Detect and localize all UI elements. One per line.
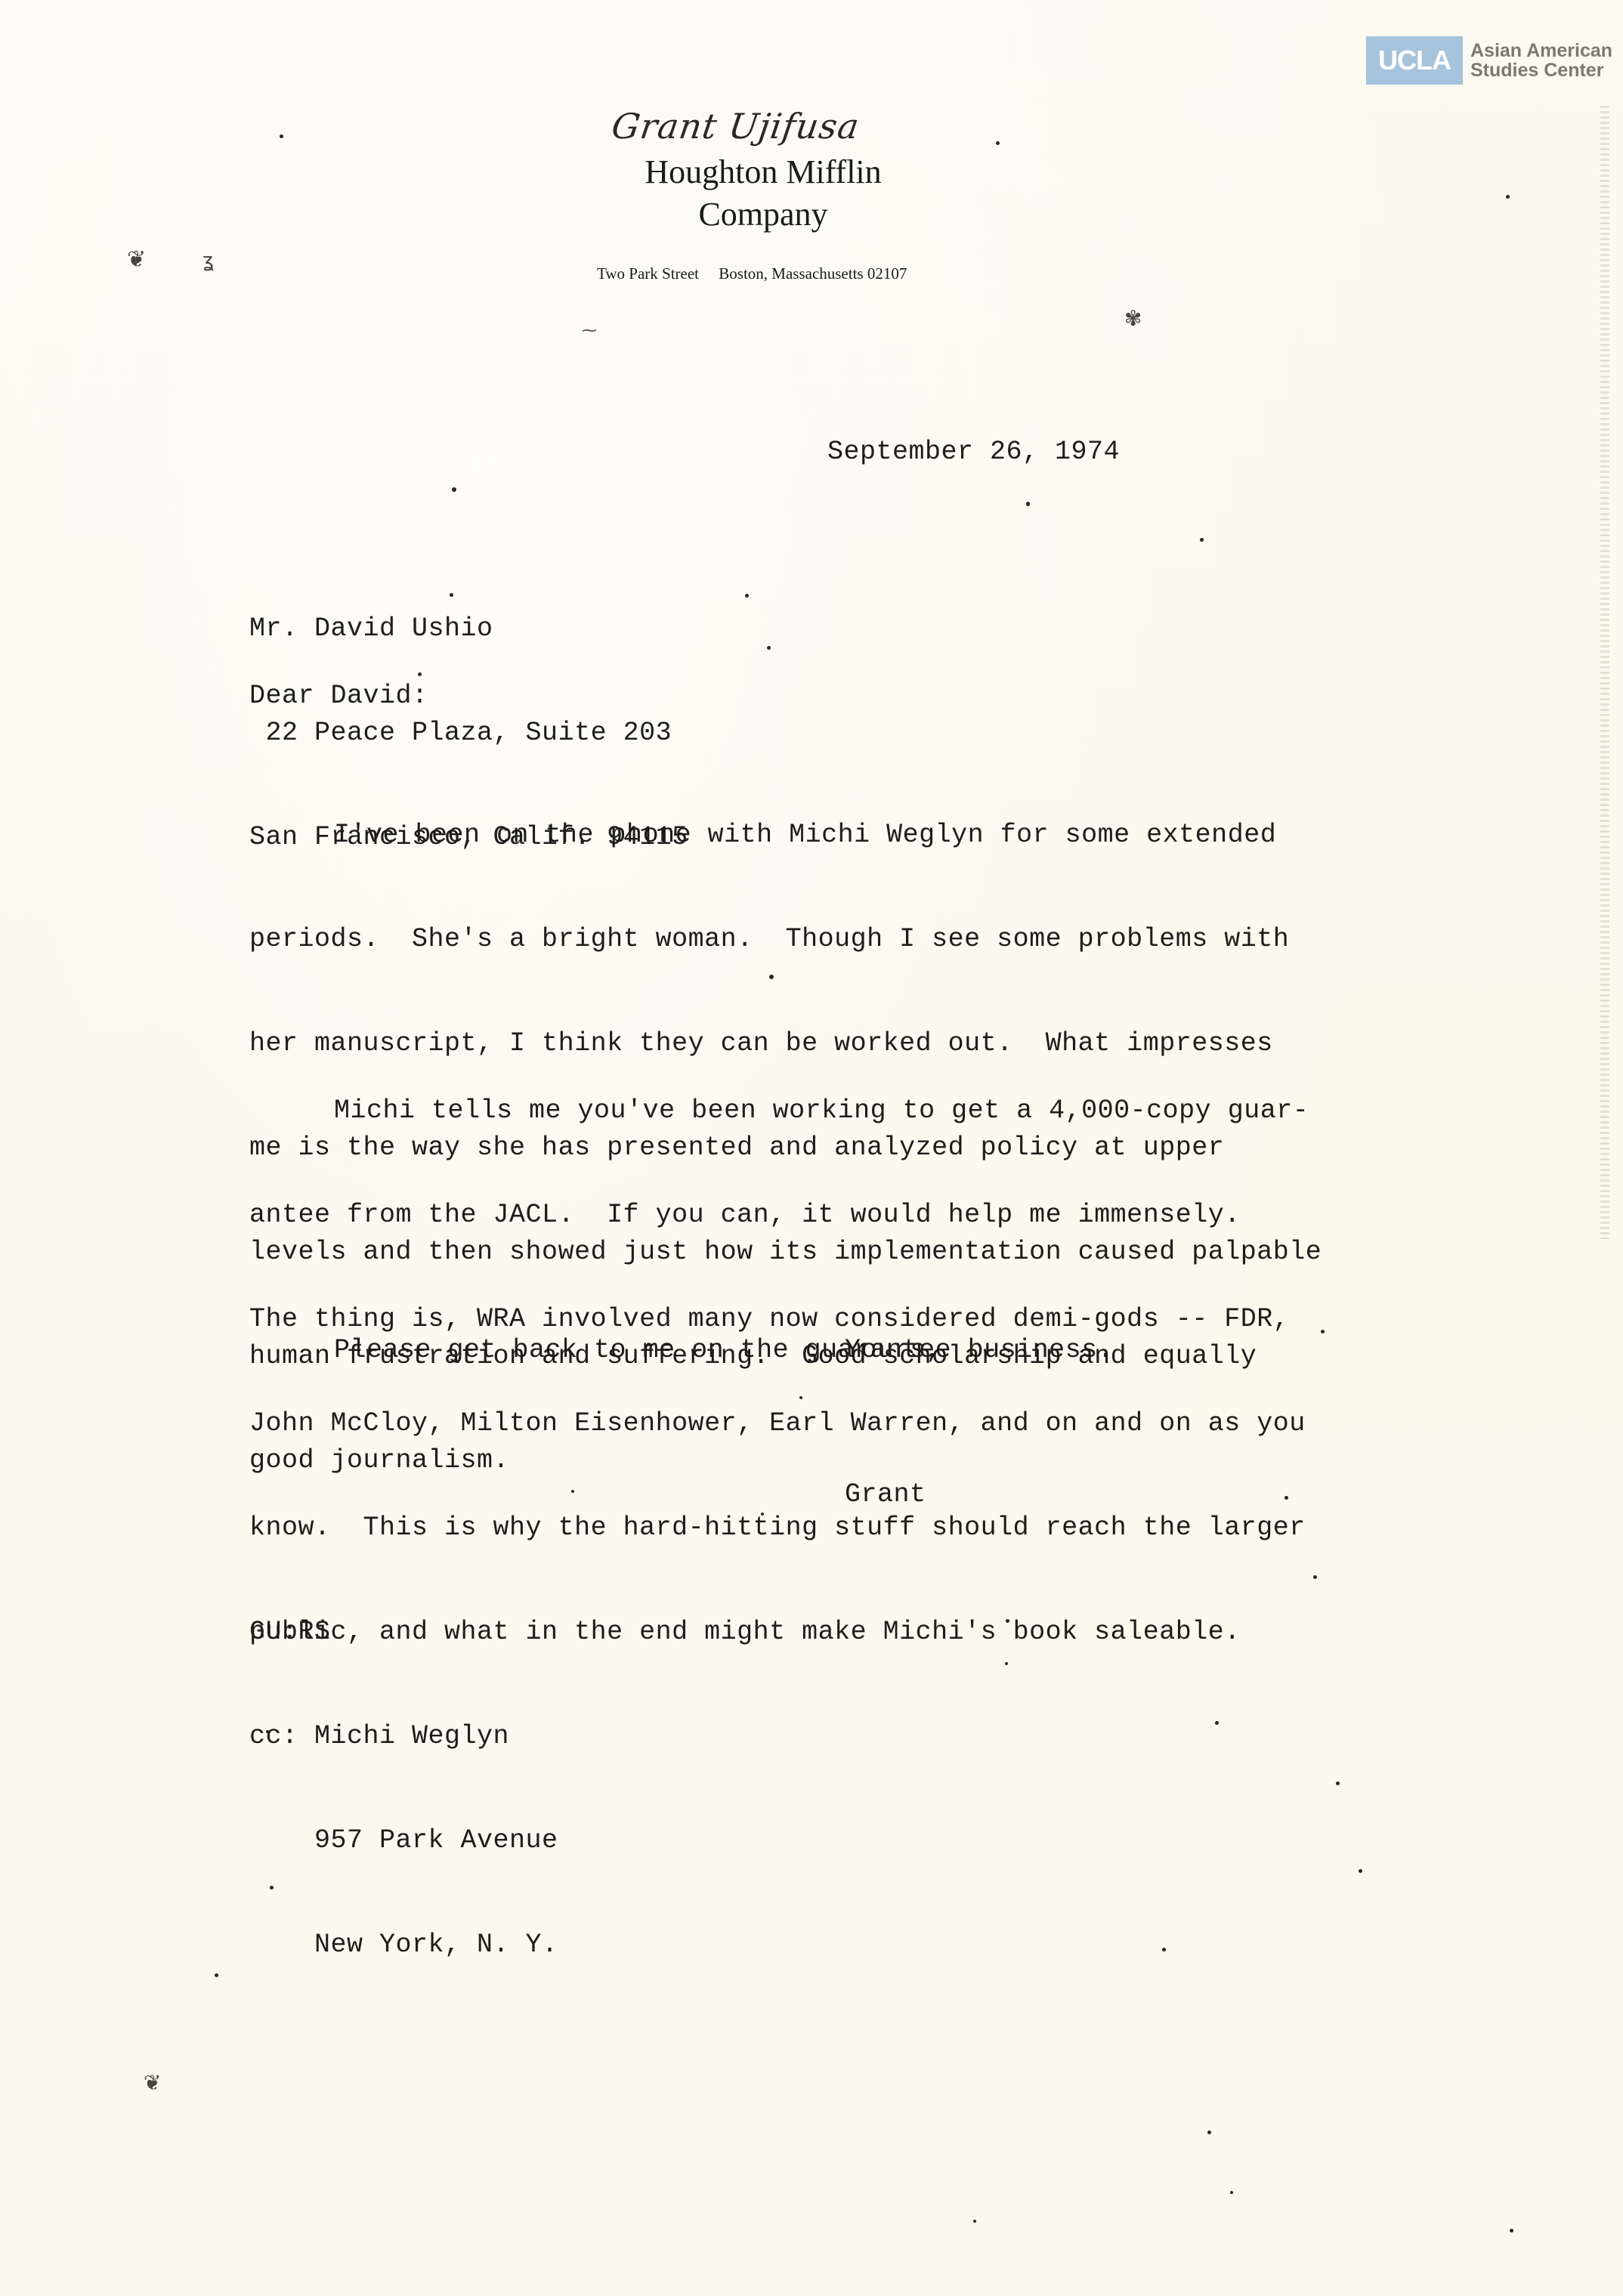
speck <box>1200 538 1204 542</box>
ucla-logo-box: UCLA <box>1366 36 1463 85</box>
speck <box>1359 1869 1362 1873</box>
letterhead-address: Two Park Street Boston, Massachusetts 02… <box>597 264 907 283</box>
speck <box>1230 2191 1233 2194</box>
speck <box>767 646 771 650</box>
speck <box>1215 1721 1219 1725</box>
company-name: Houghton Mifflin Company <box>612 151 914 236</box>
recipient-line: Mr. David Ushio <box>249 611 688 646</box>
speck <box>418 672 422 676</box>
org-name: Asian American Studies Center <box>1470 41 1612 80</box>
speck <box>745 594 749 598</box>
reference-initials: GU:RS <box>249 1615 558 1649</box>
reference-and-cc: GU:RS cc: Michi Weglyn 957 Park Avenue N… <box>249 1545 558 1997</box>
cc-line: 957 Park Avenue <box>249 1823 558 1858</box>
salutation: Dear David: <box>249 678 428 713</box>
speck <box>452 487 456 492</box>
speck <box>266 1730 269 1733</box>
speck <box>1162 1948 1166 1951</box>
speck <box>1006 1619 1009 1623</box>
speck <box>761 1513 764 1516</box>
speck <box>450 593 453 597</box>
signature: Grant <box>845 1477 926 1512</box>
company-name-line-2: Company <box>612 193 914 236</box>
speck <box>270 1886 274 1890</box>
speck <box>1026 502 1030 506</box>
ink-blot-icon: ✾ <box>1124 306 1142 331</box>
ucla-aasc-watermark: UCLA Asian American Studies Center <box>1366 36 1612 85</box>
speck <box>1284 1496 1288 1500</box>
speck <box>1207 2131 1211 2134</box>
speck <box>799 1396 802 1399</box>
speck <box>769 975 774 979</box>
ink-blot-icon: ❦ <box>144 2070 161 2095</box>
page-edge-shadow <box>1600 106 1609 1239</box>
body-paragraph-3: Please get back to me on the guarantee b… <box>249 1263 1114 1402</box>
speck <box>1510 2229 1513 2233</box>
speck <box>571 1490 574 1493</box>
ink-blot-icon: ❦ <box>127 246 146 273</box>
speck <box>1313 1575 1317 1579</box>
paragraph-line: know. This is why the hard-hitting stuff… <box>249 1510 1309 1545</box>
letter-date: September 26, 1974 <box>827 434 1120 469</box>
speck <box>1336 1781 1340 1785</box>
speck <box>1321 1330 1325 1333</box>
ink-blot-icon: ʓ <box>202 249 214 272</box>
handwritten-annotation: Grant Ujifusa <box>609 106 862 147</box>
speck <box>996 141 1000 145</box>
closing: Yours, <box>845 1333 942 1367</box>
paragraph-line: antee from the JACL. If you can, it woul… <box>249 1197 1309 1232</box>
speck <box>215 1973 218 1977</box>
ink-blot-icon: ⁓ <box>582 321 597 339</box>
speck <box>1005 1662 1008 1665</box>
paragraph-line: Please get back to me on the guarantee b… <box>249 1333 1114 1367</box>
speck <box>280 134 283 138</box>
cc-line: cc: Michi Weglyn <box>249 1719 558 1754</box>
letterhead-street: Two Park Street <box>597 264 699 283</box>
speck <box>973 2220 976 2223</box>
org-name-line-2: Studies Center <box>1470 60 1612 80</box>
cc-line: New York, N. Y. <box>249 1927 558 1962</box>
paragraph-line: Michi tells me you've been working to ge… <box>249 1093 1309 1128</box>
paragraph-line: I've been on the phone with Michi Weglyn… <box>249 817 1322 852</box>
letterhead-city: Boston, Massachusetts 02107 <box>719 264 907 283</box>
paragraph-line: periods. She's a bright woman. Though I … <box>249 922 1322 956</box>
recipient-line: 22 Peace Plaza, Suite 203 <box>249 715 688 750</box>
speck <box>1506 195 1510 199</box>
org-name-line-1: Asian American <box>1470 41 1612 60</box>
company-name-line-1: Houghton Mifflin <box>612 151 914 193</box>
paragraph-line: John McCloy, Milton Eisenhower, Earl War… <box>249 1406 1309 1441</box>
